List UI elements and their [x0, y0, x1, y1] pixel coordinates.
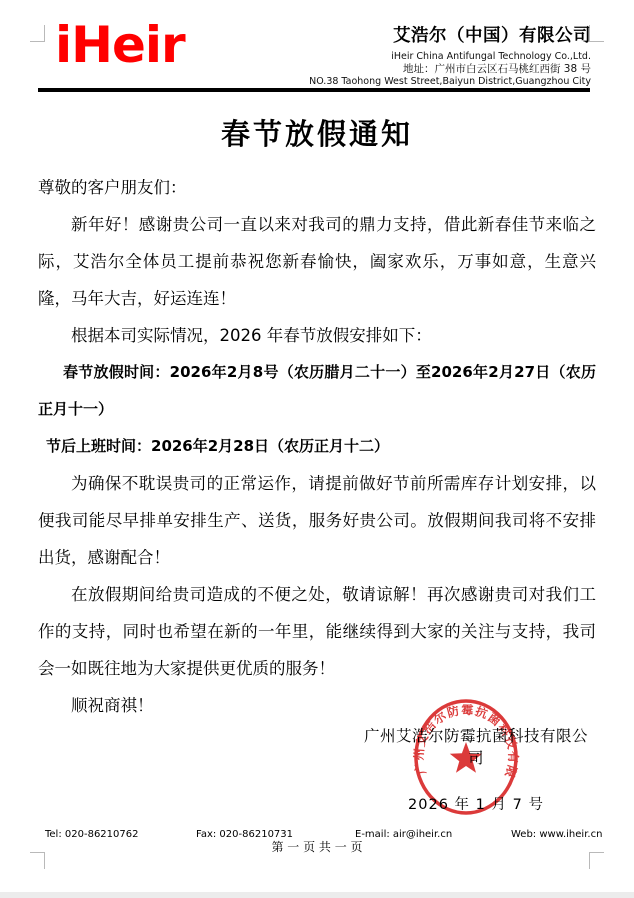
- paragraph-apology: 在放假期间给贵司造成的不便之处，敬请谅解！再次感谢贵司对我们工作的支持，同时也希…: [38, 576, 596, 687]
- company-seal-stamp-icon: 广州艾浩尔防霉抗菌科技有限公司: [411, 697, 521, 817]
- salutation: 尊敬的客户朋友们：: [38, 169, 596, 206]
- margin-mark-top-right: [589, 25, 604, 42]
- company-logo: iHeir: [55, 20, 185, 70]
- paragraph-arrangement: 为确保不耽误贵司的正常运作，请提前做好节前所需库存计划安排，以便我司能尽早排单安…: [38, 465, 596, 576]
- company-name-en: iHeir China Antifungal Technology Co.,Lt…: [309, 51, 591, 63]
- holiday-schedule-line: 春节放假时间：2026年2月8号（农历腊月二十一）至2026年2月27日（农历正…: [38, 354, 596, 428]
- paragraph-greeting: 新年好！感谢贵公司一直以来对我司的鼎力支持，借此新春佳节来临之际，艾浩尔全体员工…: [38, 206, 596, 317]
- company-address-cn: 地址：广州市白云区石马桃红西街 38 号: [309, 63, 591, 76]
- paragraph-intro: 根据本司实际情况，2026 年春节放假安排如下：: [38, 317, 596, 354]
- header-divider: [38, 88, 590, 92]
- page-number-info: 第 一 页 共 一 页: [0, 838, 634, 855]
- company-address-en: NO.38 Taohong West Street,Baiyun Distric…: [309, 76, 591, 88]
- seal-star-icon: [450, 742, 482, 773]
- document-title: 春节放假通知: [0, 112, 634, 153]
- page-bottom-edge: [0, 892, 634, 898]
- document-page: iHeir 艾浩尔（中国）有限公司 iHeir China Antifungal…: [0, 0, 634, 898]
- letterhead-info: 艾浩尔（中国）有限公司 iHeir China Antifungal Techn…: [309, 26, 591, 88]
- company-name-cn: 艾浩尔（中国）有限公司: [309, 26, 591, 48]
- margin-mark-top-left: [30, 25, 45, 42]
- letter-body: 尊敬的客户朋友们： 新年好！感谢贵公司一直以来对我司的鼎力支持，借此新春佳节来临…: [38, 169, 596, 724]
- svg-text:广州艾浩尔防霉抗菌科技有限公司: 广州艾浩尔防霉抗菌科技有限公司: [411, 697, 521, 780]
- seal-text: 广州艾浩尔防霉抗菌科技有限公司: [411, 697, 521, 780]
- work-resume-line: 节后上班时间：2026年2月28日（农历正月十二）: [38, 428, 596, 465]
